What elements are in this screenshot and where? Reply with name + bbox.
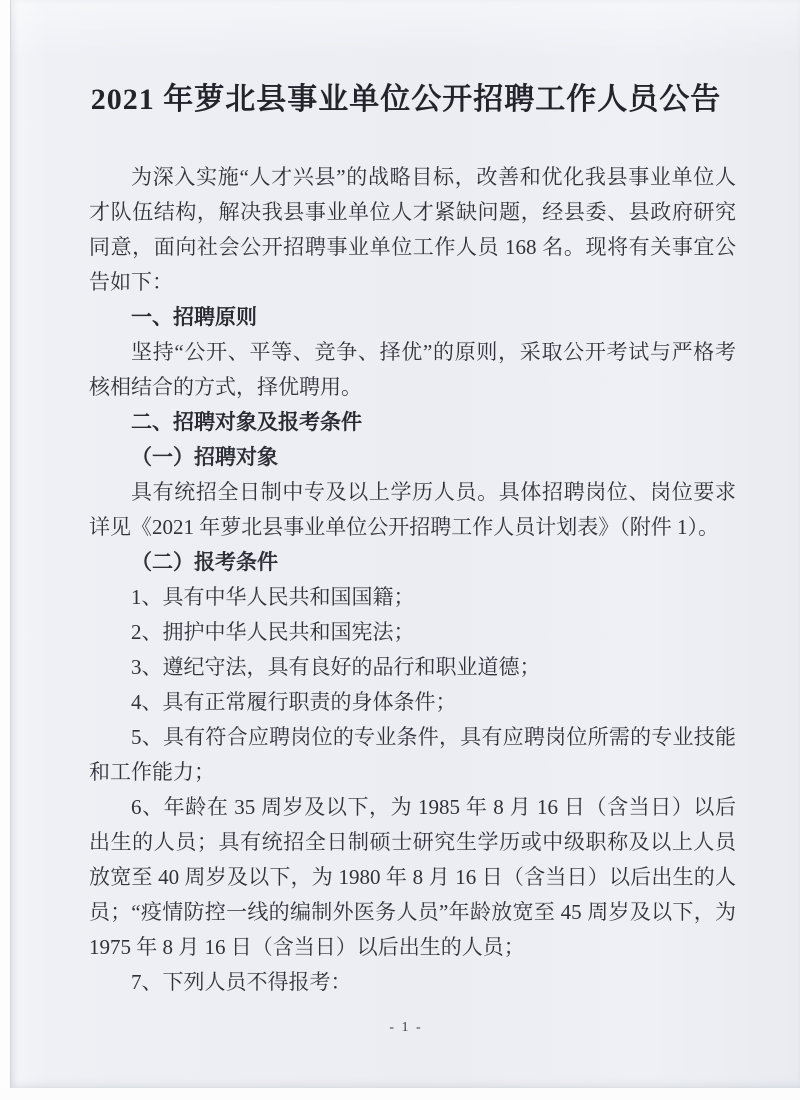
condition-item-6: 6、年龄在 35 周岁及以下，为 1985 年 8 月 16 日（含当日）以后出… — [89, 790, 736, 965]
paragraph-principles: 坚持“公开、平等、竞争、择优”的原则，采取公开考试与严格考核相结合的方式，择优聘… — [89, 335, 736, 405]
subsection-heading-application-conditions: （二）报考条件 — [89, 545, 736, 580]
condition-item-1: 1、具有中华人民共和国国籍； — [89, 580, 736, 615]
scanned-document: 2021 年萝北县事业单位公开招聘工作人员公告 为深入实施“人才兴县”的战略目标… — [0, 0, 800, 1100]
scanner-bed-edge-left — [0, 0, 10, 1100]
page-number: - 1 - — [11, 1020, 800, 1036]
section-heading-targets-and-conditions: 二、招聘对象及报考条件 — [89, 405, 736, 440]
subsection-heading-recruitment-targets: （一）招聘对象 — [89, 440, 736, 475]
document-body: 为深入实施“人才兴县”的战略目标，改善和优化我县事业单位人才队伍结构，解决我县事… — [89, 160, 736, 1000]
document-page: 2021 年萝北县事业单位公开招聘工作人员公告 为深入实施“人才兴县”的战略目标… — [10, 0, 800, 1088]
condition-item-3: 3、遵纪守法，具有良好的品行和职业道德； — [89, 650, 736, 685]
paragraph-targets: 具有统招全日制中专及以上学历人员。具体招聘岗位、岗位要求详见《2021 年萝北县… — [89, 475, 736, 545]
condition-item-7: 7、下列人员不得报考： — [89, 965, 736, 1000]
condition-item-2: 2、拥护中华人民共和国宪法； — [89, 615, 736, 650]
paragraph-intro: 为深入实施“人才兴县”的战略目标，改善和优化我县事业单位人才队伍结构，解决我县事… — [89, 160, 736, 300]
scanner-bed-edge-bottom — [0, 1088, 800, 1100]
condition-item-4: 4、具有正常履行职责的身体条件； — [89, 685, 736, 720]
section-heading-recruitment-principles: 一、招聘原则 — [89, 300, 736, 335]
page-title: 2021 年萝北县事业单位公开招聘工作人员公告 — [57, 78, 755, 122]
condition-item-5: 5、具有符合应聘岗位的专业条件，具有应聘岗位所需的专业技能和工作能力； — [89, 720, 736, 790]
